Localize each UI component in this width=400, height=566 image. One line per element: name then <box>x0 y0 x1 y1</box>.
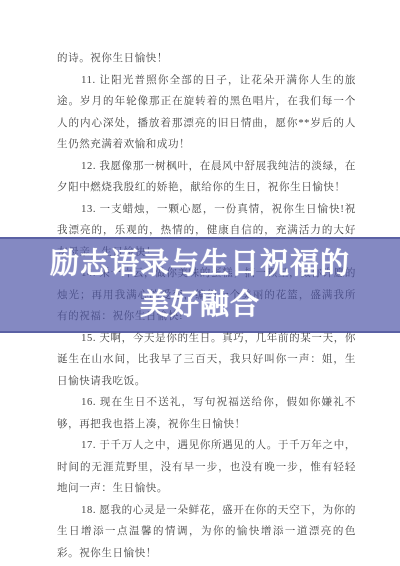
title-overlay-banner: 励志语录与生日祝福的 美好融合 <box>0 237 400 333</box>
quote-paragraph: 12. 我愿像那一树枫叶，在晨风中舒展我纯洁的淡绿，在夕阳中燃烧我殷红的娇艳，献… <box>57 156 356 199</box>
quote-paragraph: 的诗。祝你生日愉快！ <box>57 48 356 70</box>
banner-title-line1: 励志语录与生日祝福的 <box>0 244 400 285</box>
quote-paragraph: 11. 让阳光普照你全部的日子，让花朵开满你人生的旅途。岁月的年轮像那正在旋转着… <box>57 70 356 156</box>
quote-paragraph: 18. 愿我的心灵是一朵鲜花，盛开在你的天空下，为你的生日增添一点温馨的情调，为… <box>57 500 356 565</box>
quote-paragraph: 17. 于千万人之中，遇见你所遇见的人。于千万年之中，时间的无涯荒野里，没有早一… <box>57 435 356 500</box>
banner-title-line2: 美好融合 <box>0 285 400 326</box>
quote-paragraph: 15. 天啊，今天是你的生日。真巧，几年前的某一天，你诞生在山水间，比我早了三百… <box>57 328 356 393</box>
quote-paragraph: 16. 现在生日不送礼，写句祝福送给你，假如你嫌礼不够，再把我也搭上凑，祝你生日… <box>57 392 356 435</box>
document-page: 的诗。祝你生日愉快！11. 让阳光普照你全部的日子，让花朵开满你人生的旅途。岁月… <box>0 0 400 566</box>
